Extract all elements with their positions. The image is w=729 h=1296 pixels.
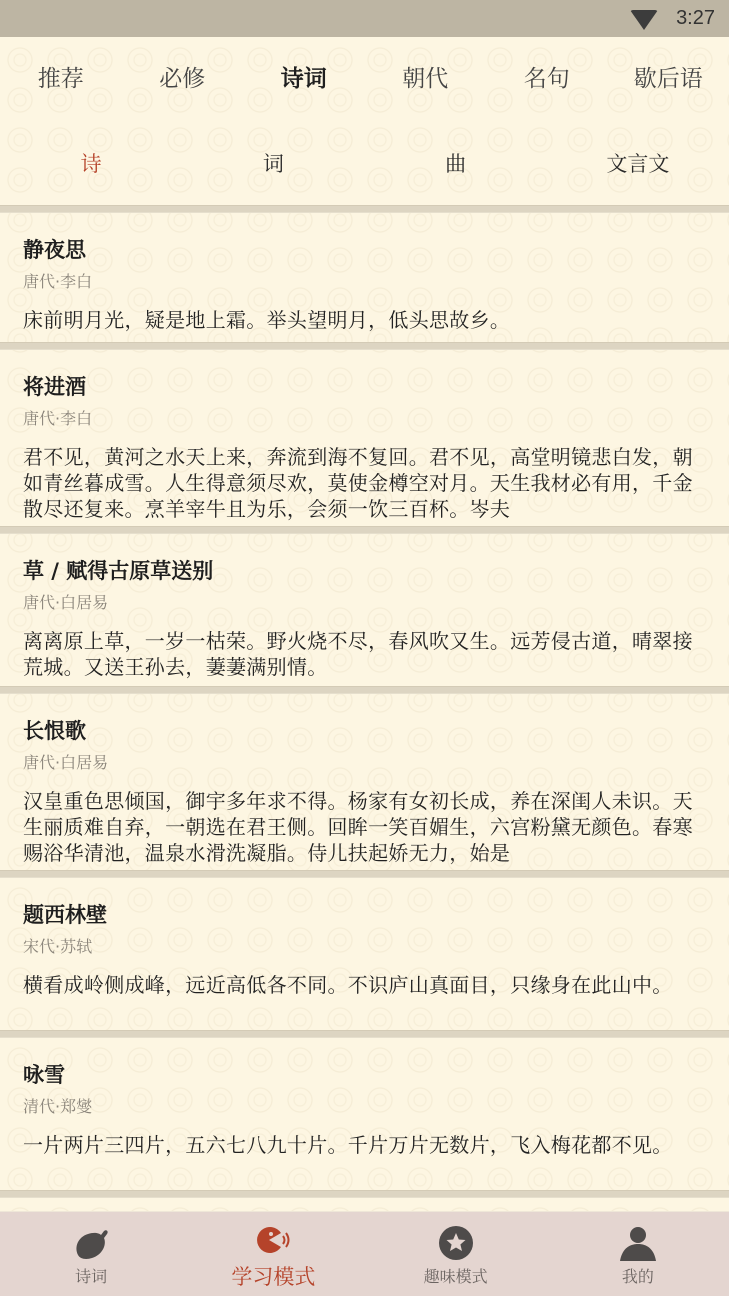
nav-label: 趣味模式 (424, 1264, 488, 1287)
poem-card[interactable]: 静夜思 唐代·李白 床前明月光，疑是地上霜。举头望明月，低头思故乡。 (0, 213, 729, 342)
poem-list[interactable]: 静夜思 唐代·李白 床前明月光，疑是地上霜。举头望明月，低头思故乡。 将进酒 唐… (0, 205, 729, 1211)
nav-label: 学习模式 (231, 1261, 315, 1291)
tab-required[interactable]: 必修 (122, 59, 244, 99)
status-bar: 3:27 (0, 0, 729, 37)
person-icon (619, 1225, 657, 1261)
poem-title: 草 / 赋得古原草送别 (23, 556, 706, 586)
tab-recommend[interactable]: 推荐 (0, 59, 122, 99)
nav-label: 诗词 (75, 1264, 107, 1287)
poem-card[interactable]: 草 / 赋得古原草送别 唐代·白居易 离离原上草，一岁一枯荣。野火烧不尽，春风吹… (0, 534, 729, 686)
poem-content: 汉皇重色思倾国，御宇多年求不得。杨家有女初长成，养在深闺人未识。天生丽质难自弃，… (23, 788, 706, 866)
poem-author: 唐代·白居易 (23, 752, 706, 774)
poem-content: 床前明月光，疑是地上霜。举头望明月，低头思故乡。 (23, 307, 706, 333)
poem-title: 将进酒 (23, 372, 706, 402)
header: 推荐 必修 诗词 朝代 名句 歇后语 诗 词 曲 文言文 (0, 37, 729, 205)
nav-study-mode[interactable]: 学习模式 (182, 1212, 364, 1296)
poem-title: 静夜思 (23, 235, 706, 265)
poem-content: 横看成岭侧成峰，远近高低各不同。不识庐山真面目，只缘身在此山中。 (23, 972, 706, 998)
poem-author: 唐代·李白 (23, 408, 706, 430)
subtab-wenyanwen[interactable]: 文言文 (547, 145, 729, 183)
nav-poetry[interactable]: 诗词 (0, 1212, 182, 1296)
nav-label: 我的 (622, 1264, 654, 1287)
divider (0, 342, 729, 350)
poem-title: 咏雪 (23, 1060, 706, 1090)
poem-content: 离离原上草，一岁一枯荣。野火烧不尽，春风吹又生。远芳侵古道，晴翠接荒城。又送王孙… (23, 628, 706, 680)
poem-author: 唐代·李白 (23, 271, 706, 293)
poem-content: 一片两片三四片，五六七八九十片。千片万片无数片，飞入梅花都不见。 (23, 1132, 706, 1158)
tab-famous-lines[interactable]: 名句 (486, 59, 608, 99)
tab-poetry[interactable]: 诗词 (243, 59, 365, 99)
poem-author: 宋代·苏轼 (23, 936, 706, 958)
wifi-icon (630, 10, 658, 30)
category-tabs: 推荐 必修 诗词 朝代 名句 歇后语 (0, 59, 729, 99)
poem-card[interactable]: 题西林壁 宋代·苏轼 横看成岭侧成峰，远近高低各不同。不识庐山真面目，只缘身在此… (0, 878, 729, 1030)
divider (0, 205, 729, 213)
divider (0, 1190, 729, 1198)
poem-author: 清代·郑燮 (23, 1096, 706, 1118)
pacman-sound-icon (254, 1225, 292, 1261)
poem-card[interactable]: 咏雪 清代·郑燮 一片两片三四片，五六七八九十片。千片万片无数片，飞入梅花都不见… (0, 1038, 729, 1190)
divider (0, 870, 729, 878)
subtab-shi[interactable]: 诗 (0, 145, 182, 183)
poem-card[interactable]: 长恨歌 唐代·白居易 汉皇重色思倾国，御宇多年求不得。杨家有女初长成，养在深闺人… (0, 694, 729, 870)
poem-card[interactable]: 将进酒 唐代·李白 君不见，黄河之水天上来，奔流到海不复回。君不见，高堂明镜悲白… (0, 350, 729, 526)
bottom-navigation: 诗词 学习模式 趣味模式 我的 (0, 1211, 729, 1296)
divider (0, 686, 729, 694)
tab-xiehouyu[interactable]: 歇后语 (608, 59, 729, 99)
subtab-qu[interactable]: 曲 (365, 145, 547, 183)
tab-dynasty[interactable]: 朝代 (365, 59, 487, 99)
poem-title: 题西林壁 (23, 900, 706, 930)
star-circle-icon (437, 1225, 475, 1261)
status-time: 3:27 (676, 7, 715, 30)
divider (0, 526, 729, 534)
ink-drop-icon (72, 1225, 110, 1261)
divider (0, 1030, 729, 1038)
nav-mine[interactable]: 我的 (547, 1212, 729, 1296)
subtab-ci[interactable]: 词 (182, 145, 364, 183)
poem-author: 唐代·白居易 (23, 592, 706, 614)
poem-content: 君不见，黄河之水天上来，奔流到海不复回。君不见，高堂明镜悲白发，朝如青丝暮成雪。… (23, 444, 706, 522)
poem-title: 长恨歌 (23, 716, 706, 746)
genre-tabs: 诗 词 曲 文言文 (0, 145, 729, 183)
nav-fun-mode[interactable]: 趣味模式 (365, 1212, 547, 1296)
